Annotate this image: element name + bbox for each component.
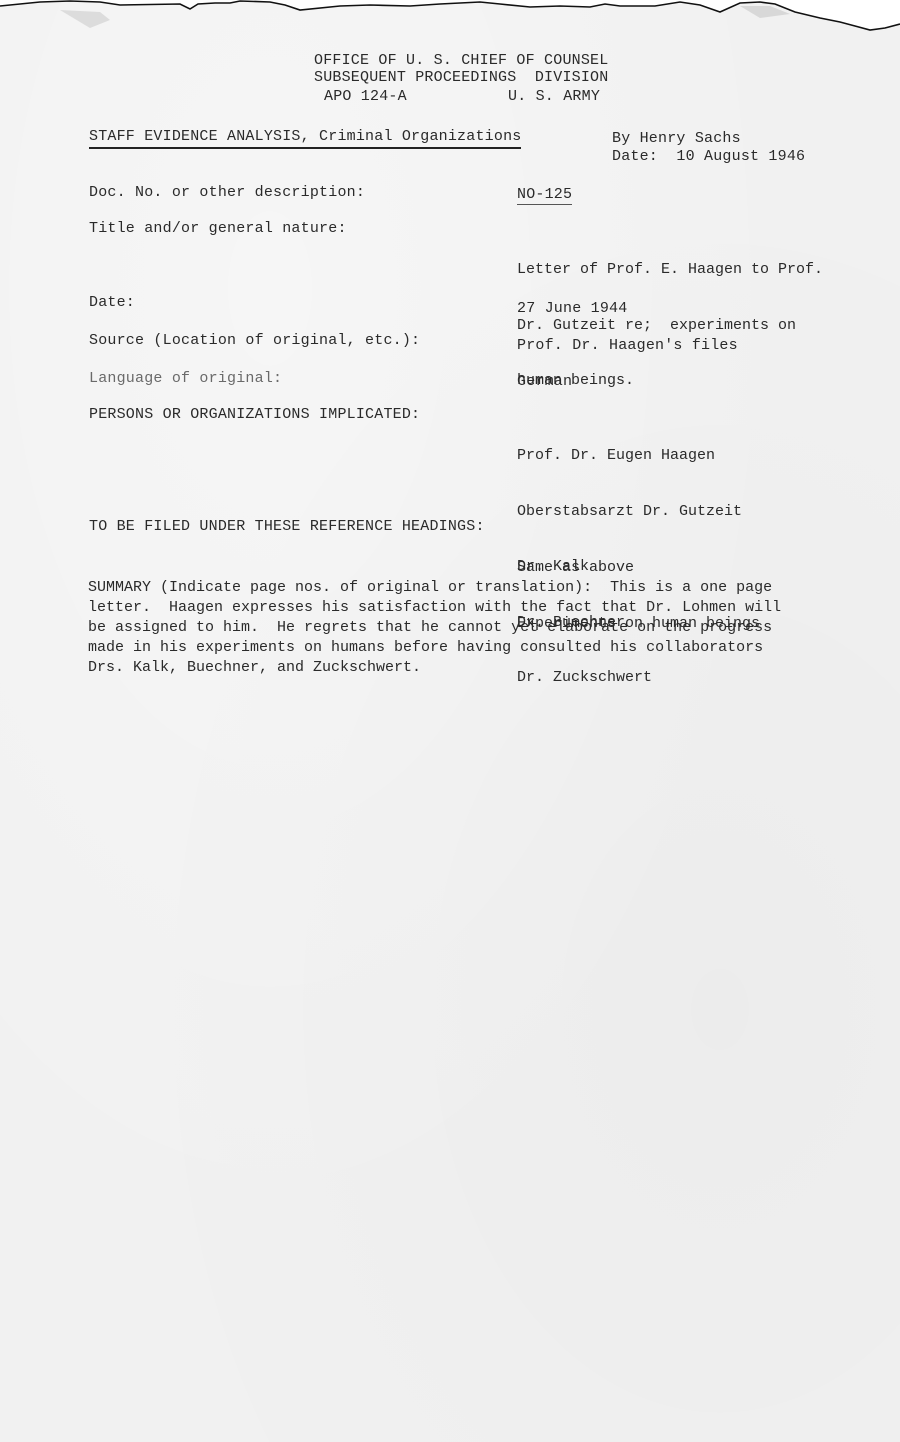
summary-label: SUMMARY (Indicate page nos. of original … <box>88 579 592 596</box>
persons-label: PERSONS OR ORGANIZATIONS IMPLICATED: <box>89 406 420 424</box>
headings-label: TO BE FILED UNDER THESE REFERENCE HEADIN… <box>89 518 485 536</box>
doc-no-value: NO-125 <box>517 186 572 205</box>
analysis-author: By Henry Sachs <box>612 130 741 148</box>
letterhead-army: U. S. ARMY <box>508 88 600 106</box>
source-label: Source (Location of original, etc.): <box>89 332 420 350</box>
heading-item: Same as above <box>517 559 760 578</box>
letterhead-office: OFFICE OF U. S. CHIEF OF COUNSEL <box>314 52 608 70</box>
document-page <box>0 0 900 1442</box>
analysis-date: Date: 10 August 1946 <box>612 148 805 166</box>
analysis-title: STAFF EVIDENCE ANALYSIS, Criminal Organi… <box>89 128 521 149</box>
person-item: Prof. Dr. Eugen Haagen <box>517 447 742 466</box>
title-label: Title and/or general nature: <box>89 220 347 238</box>
person-item: Oberstabsarzt Dr. Gutzeit <box>517 503 742 522</box>
doc-no-label: Doc. No. or other description: <box>89 184 365 202</box>
date-label: Date: <box>89 294 135 312</box>
summary-section: SUMMARY (Indicate page nos. of original … <box>88 578 818 678</box>
language-value: German <box>517 373 572 391</box>
title-value-line: Dr. Gutzeit re; experiments on <box>517 317 823 336</box>
torn-paper-edge <box>0 0 900 40</box>
source-value: Prof. Dr. Haagen's files <box>517 337 738 355</box>
date-value: 27 June 1944 <box>517 300 627 318</box>
letterhead-apo: APO 124-A <box>324 88 407 106</box>
language-label: Language of original: <box>89 370 282 388</box>
letterhead-division: SUBSEQUENT PROCEEDINGS DIVISION <box>314 69 608 87</box>
title-value-line: Letter of Prof. E. Haagen to Prof. <box>517 261 823 280</box>
